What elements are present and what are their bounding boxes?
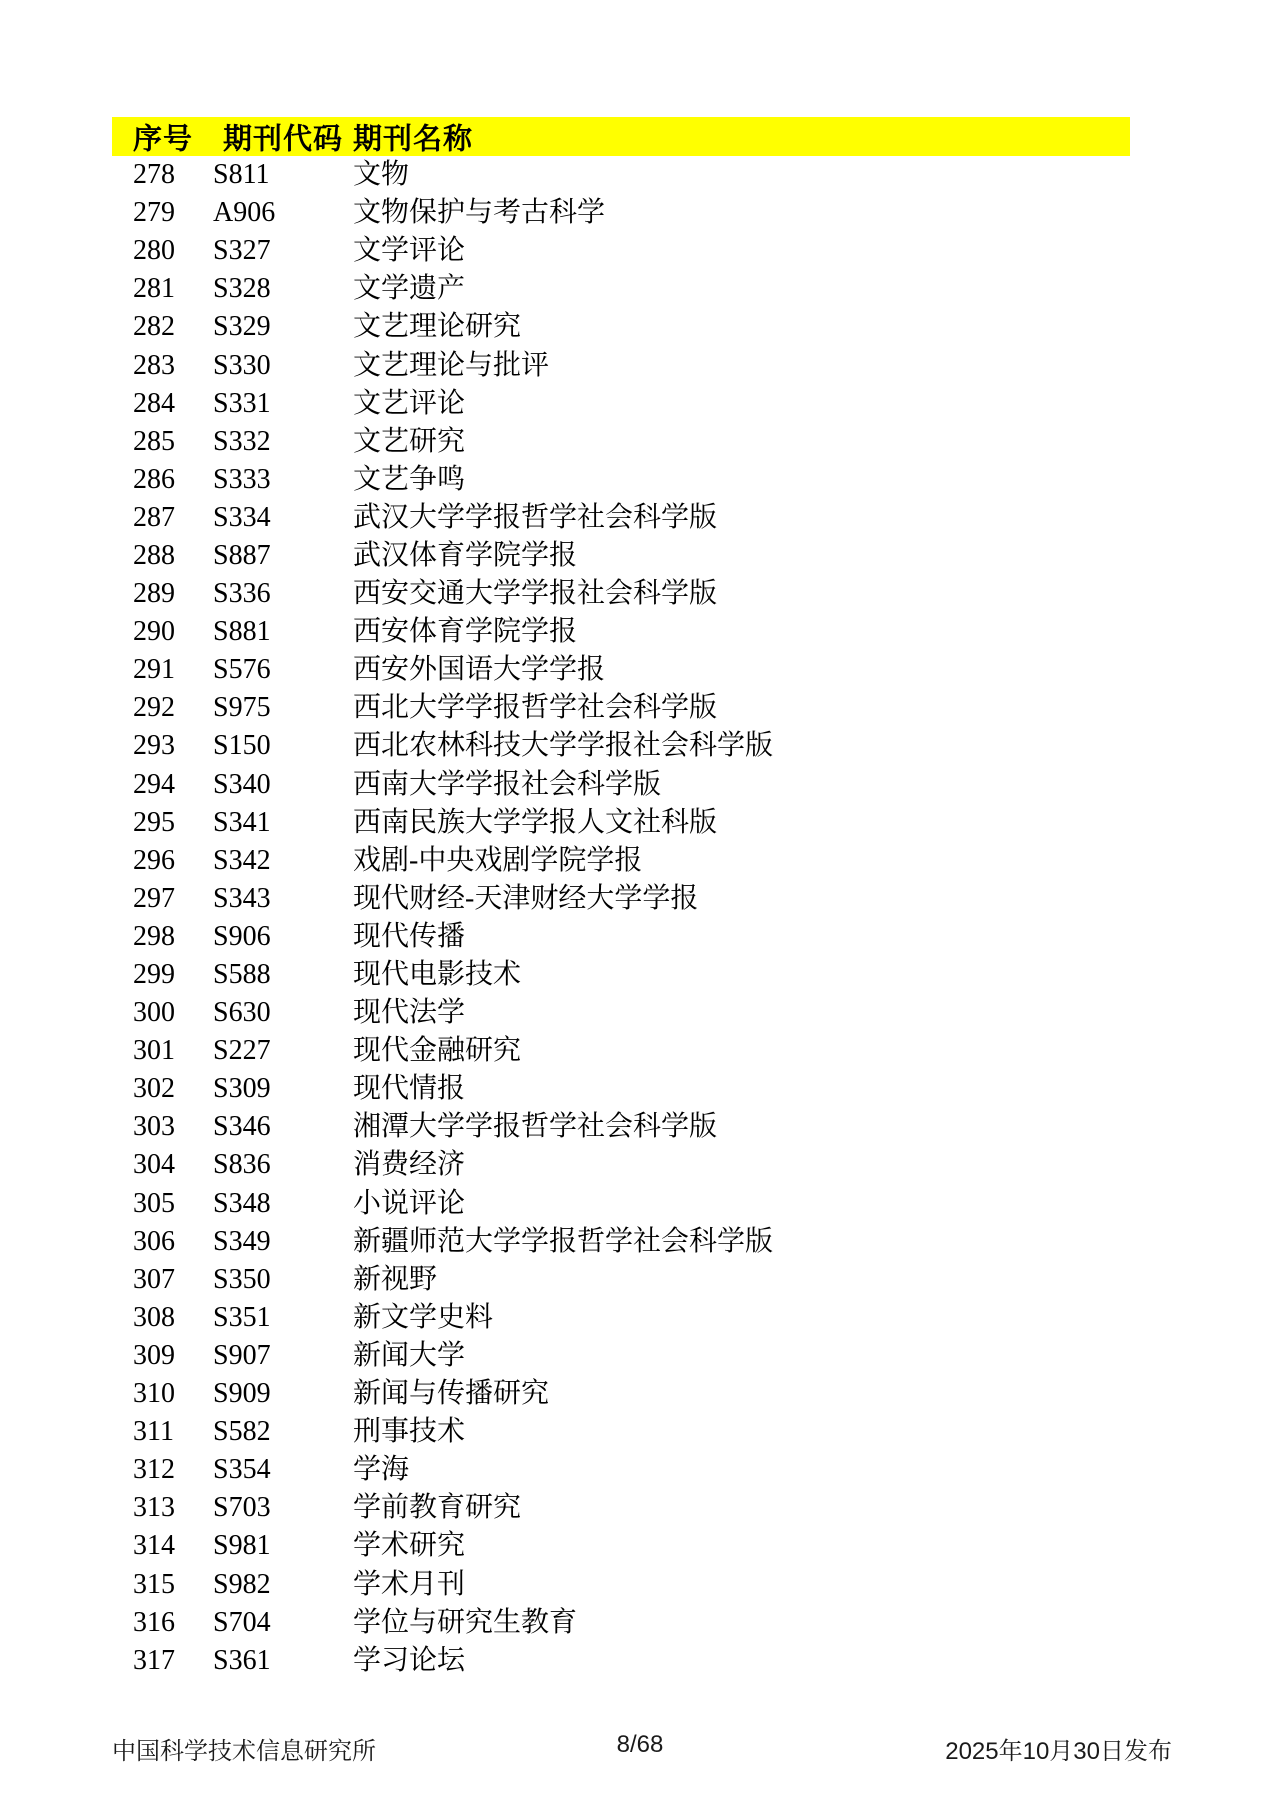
cell-journal-code: S227 [213,1037,353,1065]
cell-journal-name: 现代财经-天津财经大学学报 [353,885,1280,913]
cell-journal-name: 刑事技术 [353,1418,1280,1446]
cell-journal-code: S341 [213,809,353,837]
journal-list-table: 序号 期刊代码 期刊名称 278 S811 文物 279 A906 文物保护与考… [0,117,1280,1680]
cell-serial-number: 308 [133,1304,213,1332]
cell-serial-number: 281 [133,275,213,303]
table-row: 286 S333 文艺争鸣 [0,461,1280,499]
cell-journal-code: S630 [213,999,353,1027]
table-row: 295 S341 西南民族大学学报人文社科版 [0,804,1280,842]
cell-journal-code: S887 [213,542,353,570]
table-row: 293 S150 西北农林科技大学学报社会科学版 [0,727,1280,765]
cell-journal-code: S354 [213,1456,353,1484]
cell-serial-number: 299 [133,961,213,989]
footer-publish-date: 2025年10月30日发布 [945,1731,1172,1766]
cell-serial-number: 307 [133,1266,213,1294]
cell-journal-code: S881 [213,618,353,646]
cell-journal-name: 文艺争鸣 [353,466,1280,494]
table-row: 316 S704 学位与研究生教育 [0,1604,1280,1642]
cell-journal-name: 武汉大学学报哲学社会科学版 [353,504,1280,532]
cell-serial-number: 302 [133,1075,213,1103]
cell-journal-name: 西安交通大学学报社会科学版 [353,580,1280,608]
cell-journal-name: 学术月刊 [353,1571,1280,1599]
cell-journal-code: S975 [213,694,353,722]
cell-journal-name: 学习论坛 [353,1647,1280,1675]
cell-journal-code: S982 [213,1571,353,1599]
page-footer: 中国科学技术信息研究所 8/68 2025年10月30日发布 [0,1731,1280,1759]
cell-journal-code: S811 [213,161,353,189]
cell-serial-number: 296 [133,847,213,875]
cell-journal-code: S329 [213,313,353,341]
cell-journal-name: 现代传播 [353,923,1280,951]
cell-serial-number: 312 [133,1456,213,1484]
cell-journal-code: S351 [213,1304,353,1332]
table-row: 278 S811 文物 [0,156,1280,194]
cell-serial-number: 317 [133,1647,213,1675]
cell-journal-name: 湘潭大学学报哲学社会科学版 [353,1113,1280,1141]
cell-serial-number: 290 [133,618,213,646]
cell-journal-name: 文物 [353,161,1280,189]
cell-journal-code: S331 [213,390,353,418]
cell-journal-code: S349 [213,1228,353,1256]
table-row: 284 S331 文艺评论 [0,385,1280,423]
cell-journal-name: 学前教育研究 [353,1494,1280,1522]
cell-serial-number: 286 [133,466,213,494]
table-row: 294 S340 西南大学学报社会科学版 [0,766,1280,804]
table-row: 308 S351 新文学史料 [0,1299,1280,1337]
cell-serial-number: 293 [133,732,213,760]
cell-serial-number: 304 [133,1151,213,1179]
table-row: 317 S361 学习论坛 [0,1642,1280,1680]
table-row: 285 S332 文艺研究 [0,423,1280,461]
cell-journal-name: 学海 [353,1456,1280,1484]
table-row: 289 S336 西安交通大学学报社会科学版 [0,575,1280,613]
cell-serial-number: 284 [133,390,213,418]
cell-journal-code: S346 [213,1113,353,1141]
table-row: 311 S582 刑事技术 [0,1413,1280,1451]
cell-journal-name: 西北大学学报哲学社会科学版 [353,694,1280,722]
cell-journal-code: S334 [213,504,353,532]
table-row: 310 S909 新闻与传播研究 [0,1375,1280,1413]
cell-serial-number: 306 [133,1228,213,1256]
cell-journal-code: S909 [213,1380,353,1408]
cell-journal-code: S150 [213,732,353,760]
cell-journal-code: S348 [213,1190,353,1218]
cell-journal-name: 学术研究 [353,1532,1280,1560]
cell-journal-code: S582 [213,1418,353,1446]
cell-journal-code: S836 [213,1151,353,1179]
cell-journal-name: 小说评论 [353,1190,1280,1218]
cell-journal-name: 文艺理论研究 [353,313,1280,341]
cell-journal-code: S576 [213,656,353,684]
cell-journal-code: S350 [213,1266,353,1294]
table-row: 283 S330 文艺理论与批评 [0,346,1280,384]
table-header-row: 序号 期刊代码 期刊名称 [112,117,1130,156]
cell-journal-code: S361 [213,1647,353,1675]
cell-serial-number: 311 [133,1418,213,1446]
cell-serial-number: 309 [133,1342,213,1370]
cell-journal-code: S336 [213,580,353,608]
table-row: 302 S309 现代情报 [0,1070,1280,1108]
cell-journal-name: 文学遗产 [353,275,1280,303]
cell-journal-name: 西南大学学报社会科学版 [353,771,1280,799]
cell-serial-number: 282 [133,313,213,341]
cell-journal-name: 文艺研究 [353,428,1280,456]
cell-serial-number: 297 [133,885,213,913]
table-row: 305 S348 小说评论 [0,1185,1280,1223]
cell-journal-name: 文学评论 [353,237,1280,265]
cell-journal-code: S704 [213,1609,353,1637]
cell-journal-name: 新疆师范大学学报哲学社会科学版 [353,1228,1280,1256]
cell-serial-number: 301 [133,1037,213,1065]
cell-journal-name: 现代金融研究 [353,1037,1280,1065]
cell-journal-name: 文艺评论 [353,390,1280,418]
cell-serial-number: 305 [133,1190,213,1218]
cell-serial-number: 288 [133,542,213,570]
cell-journal-code: S703 [213,1494,353,1522]
cell-journal-code: S332 [213,428,353,456]
cell-journal-code: S330 [213,352,353,380]
cell-journal-name: 西南民族大学学报人文社科版 [353,809,1280,837]
cell-journal-name: 现代电影技术 [353,961,1280,989]
cell-serial-number: 287 [133,504,213,532]
table-row: 304 S836 消费经济 [0,1146,1280,1184]
cell-journal-code: S342 [213,847,353,875]
cell-serial-number: 314 [133,1532,213,1560]
cell-journal-name: 新视野 [353,1266,1280,1294]
cell-journal-code: S907 [213,1342,353,1370]
table-row: 312 S354 学海 [0,1451,1280,1489]
cell-serial-number: 294 [133,771,213,799]
cell-journal-name: 新闻大学 [353,1342,1280,1370]
cell-journal-name: 现代法学 [353,999,1280,1027]
cell-journal-name: 消费经济 [353,1151,1280,1179]
cell-journal-name: 武汉体育学院学报 [353,542,1280,570]
table-row: 281 S328 文学遗产 [0,270,1280,308]
cell-serial-number: 279 [133,199,213,227]
cell-serial-number: 298 [133,923,213,951]
table-body: 278 S811 文物 279 A906 文物保护与考古科学 280 S327 … [0,156,1280,1680]
table-row: 287 S334 武汉大学学报哲学社会科学版 [0,499,1280,537]
column-header-serial: 序号 [133,116,193,157]
table-row: 279 A906 文物保护与考古科学 [0,194,1280,232]
cell-serial-number: 278 [133,161,213,189]
cell-serial-number: 303 [133,1113,213,1141]
cell-journal-name: 文物保护与考古科学 [353,199,1280,227]
table-row: 280 S327 文学评论 [0,232,1280,270]
table-row: 290 S881 西安体育学院学报 [0,613,1280,651]
cell-journal-code: S327 [213,237,353,265]
cell-journal-code: A906 [213,199,353,227]
column-header-journal-name: 期刊名称 [353,116,473,157]
cell-journal-code: S328 [213,275,353,303]
cell-journal-name: 西北农林科技大学学报社会科学版 [353,732,1280,760]
cell-serial-number: 300 [133,999,213,1027]
cell-journal-code: S309 [213,1075,353,1103]
table-row: 297 S343 现代财经-天津财经大学学报 [0,880,1280,918]
cell-serial-number: 316 [133,1609,213,1637]
table-row: 288 S887 武汉体育学院学报 [0,537,1280,575]
cell-journal-code: S906 [213,923,353,951]
cell-journal-code: S340 [213,771,353,799]
cell-journal-name: 现代情报 [353,1075,1280,1103]
cell-journal-name: 西安外国语大学学报 [353,656,1280,684]
cell-journal-name: 新闻与传播研究 [353,1380,1280,1408]
table-row: 292 S975 西北大学学报哲学社会科学版 [0,689,1280,727]
table-row: 296 S342 戏剧-中央戏剧学院学报 [0,842,1280,880]
table-row: 291 S576 西安外国语大学学报 [0,651,1280,689]
table-row: 298 S906 现代传播 [0,918,1280,956]
cell-serial-number: 280 [133,237,213,265]
table-row: 307 S350 新视野 [0,1261,1280,1299]
document-page: 序号 期刊代码 期刊名称 278 S811 文物 279 A906 文物保护与考… [0,0,1280,1810]
table-row: 282 S329 文艺理论研究 [0,308,1280,346]
table-row: 301 S227 现代金融研究 [0,1032,1280,1070]
cell-journal-name: 戏剧-中央戏剧学院学报 [353,847,1280,875]
column-header-journal-code: 期刊代码 [223,116,343,157]
cell-serial-number: 283 [133,352,213,380]
cell-journal-code: S981 [213,1532,353,1560]
cell-serial-number: 315 [133,1571,213,1599]
cell-journal-code: S343 [213,885,353,913]
table-row: 300 S630 现代法学 [0,994,1280,1032]
cell-journal-code: S333 [213,466,353,494]
cell-journal-code: S588 [213,961,353,989]
table-row: 314 S981 学术研究 [0,1527,1280,1565]
cell-serial-number: 291 [133,656,213,684]
table-row: 306 S349 新疆师范大学学报哲学社会科学版 [0,1223,1280,1261]
cell-serial-number: 289 [133,580,213,608]
cell-journal-name: 西安体育学院学报 [353,618,1280,646]
cell-journal-name: 新文学史料 [353,1304,1280,1332]
cell-serial-number: 295 [133,809,213,837]
table-row: 303 S346 湘潭大学学报哲学社会科学版 [0,1108,1280,1146]
table-row: 309 S907 新闻大学 [0,1337,1280,1375]
table-row: 313 S703 学前教育研究 [0,1489,1280,1527]
table-row: 315 S982 学术月刊 [0,1565,1280,1603]
cell-journal-name: 学位与研究生教育 [353,1609,1280,1637]
cell-serial-number: 310 [133,1380,213,1408]
cell-serial-number: 285 [133,428,213,456]
table-row: 299 S588 现代电影技术 [0,956,1280,994]
cell-journal-name: 文艺理论与批评 [353,352,1280,380]
cell-serial-number: 292 [133,694,213,722]
cell-serial-number: 313 [133,1494,213,1522]
